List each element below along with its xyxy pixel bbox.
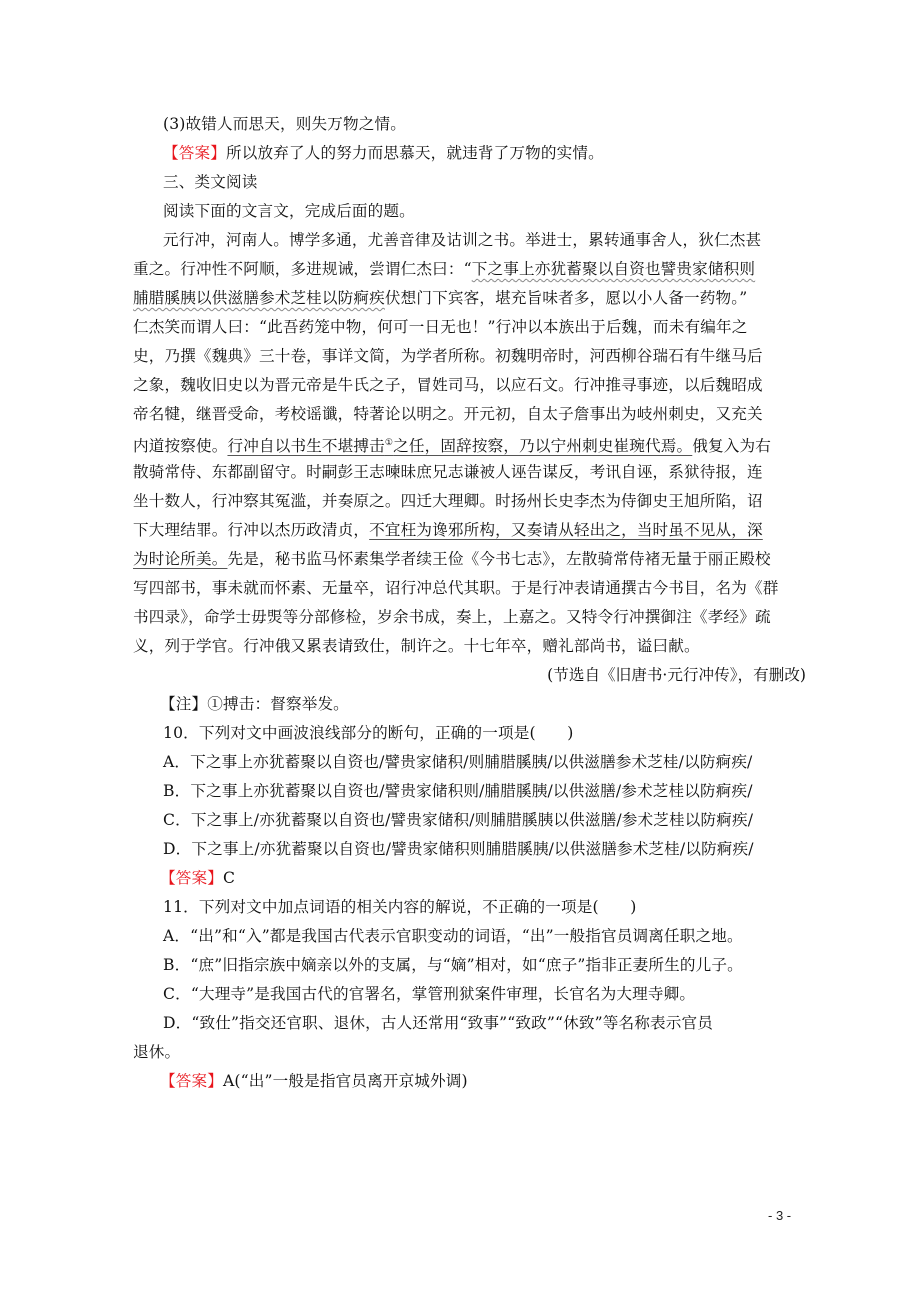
passage-line: 写四部书，事未就而怀素、无量卒，诏行冲总代其职。于是行冲表请通撰古今书目，名为《… <box>133 578 806 598</box>
q3-prompt: (3)故错人而思天，则失万物之情。 <box>163 114 806 134</box>
underlined-part: 行冲自以书生不堪搏击 <box>227 437 384 455</box>
q11-answer-text: A(“出”一般是指官员离开京城外调) <box>223 1072 468 1090</box>
q10-stem: 10．下列对文中画波浪线部分的断句，正确的一项是( ) <box>163 723 806 743</box>
passage-line: 脯腊膎胰以供滋膳参术芝桂以防痾疾伏想门下宾客，堪充旨味者多，愿以小人备一药物。” <box>133 288 806 308</box>
wavy-underlined-text: 下之事上亦犹蓄聚以自资也譬贵家储积则 <box>472 260 755 278</box>
q11-stem: 11．下列对文中加点词语的相关内容的解说，不正确的一项是( ) <box>163 897 806 917</box>
document-page: (3)故错人而思天，则失万物之情。 【答案】所以放弃了人的努力而思慕天，就违背了… <box>0 0 920 1302</box>
passage-text: 重之。行冲性不阿顺，多进规诫，尝谓仁杰曰：“ <box>133 260 472 278</box>
underlined-text: 为时论所美。 <box>133 550 227 568</box>
passage-line: 之象，魏收旧史以为晋元帝是牛氏之子，冒姓司马，以应石文。行冲推寻事迹，以后魏昭成 <box>133 375 806 395</box>
q3-prompt-text: (3)故错人而思天，则失万物之情。 <box>163 115 406 133</box>
q11-option-a: A．“出”和“入”都是我国古代表示官职变动的词语，“出”一般指官员调离任职之地。 <box>163 926 806 946</box>
passage-text: 内道按察使。 <box>133 437 227 455</box>
underlined-part: 之任，固辞按察，乃以宁州刺史崔琬代焉。 <box>393 437 692 455</box>
passage-line: 仁杰笑而谓人曰：“此吾药笼中物，何可一日无也！”行冲以本族出于后魏，而未有编年之 <box>133 317 806 337</box>
passage-line: 元行冲，河南人。博学多通，尤善音律及诂训之书。举进士，累转通事舍人，狄仁杰甚 <box>163 230 806 250</box>
page-number: - 3 - <box>768 1208 791 1223</box>
q11-answer: 【答案】A(“出”一般是指官员离开京城外调) <box>160 1071 833 1091</box>
q10-answer-text: C <box>223 869 235 887</box>
passage-text: 伏想门下宾客，堪充旨味者多，愿以小人备一药物。” <box>385 289 747 307</box>
underlined-text: 行冲自以书生不堪搏击①之任，固辞按察，乃以宁州刺史崔琬代焉。 <box>227 437 692 455</box>
q10-option-c: C．下之事上/亦犹蓄聚以自资也/譬贵家储积/则脯腊膎胰以供滋膳/参术芝桂以防痾疾… <box>163 810 806 830</box>
q3-answer: 【答案】所以放弃了人的努力而思慕天，就违背了万物的实情。 <box>163 143 806 163</box>
passage-line: 散骑常侍、东都副留守。时嗣彭王志暕昧庶兄志谦被人诬告谋反，考讯自诬，系狱待报，连 <box>133 462 806 482</box>
section-instruction: 阅读下面的文言文，完成后面的题。 <box>163 201 806 221</box>
q3-answer-text: 所以放弃了人的努力而思慕天，就违背了万物的实情。 <box>226 144 604 162</box>
q10-option-a: A．下之事上亦犹蓄聚以自资也/譬贵家储积/则脯腊膎胰/以供滋膳参术芝桂/以防痾疾… <box>163 752 806 772</box>
passage-line: 史，乃撰《魏典》三十卷，事详文简，为学者所称。初魏明帝时，河西柳谷瑞石有牛继马后 <box>133 346 806 366</box>
footnote-marker: ① <box>385 438 393 448</box>
underlined-text: 不宜枉为谗邪所构，又奏请从轻出之，当时虽不见从，深 <box>369 521 763 539</box>
passage-line: 内道按察使。行冲自以书生不堪搏击①之任，固辞按察，乃以宁州刺史崔琬代焉。俄复入为… <box>133 433 806 456</box>
passage-line: 坐十数人，行冲察其冤滥，并奏原之。四迁大理卿。时扬州长史李杰为侍御史王旭所陷，诏 <box>133 491 806 511</box>
q11-option-b: B．“庶”旧指宗族中嫡亲以外的支属，与“嫡”相对，如“庶子”指非正妻所生的儿子。 <box>163 955 806 975</box>
passage-line: 义，列于学官。行冲俄又累表请致仕，制许之。十七年卒，赠礼部尚书，谥曰献。 <box>133 636 806 656</box>
answer-tag: 【答案】 <box>160 1072 223 1090</box>
answer-tag: 【答案】 <box>163 144 226 162</box>
wavy-underlined-text: 脯腊膎胰以供滋膳参术芝桂以防痾疾 <box>133 289 385 307</box>
q10-option-b: B．下之事上亦犹蓄聚以自资也/譬贵家储积则/脯腊膎胰/以供滋膳/参术芝桂以防痾疾… <box>163 781 806 801</box>
q10-option-d: D．下之事上/亦犹蓄聚以自资也/譬贵家储积则脯腊膎胰/以供滋膳参术芝桂/以防痾疾… <box>163 839 806 859</box>
footnote: 【注】①搏击：督察举发。 <box>160 694 833 714</box>
q11-option-d: D．“致仕”指交还官职、退休，古人还常用“致事”“致政”“休致”等名称表示官员 <box>163 1013 806 1033</box>
passage-text: 俄复入为右 <box>692 437 771 455</box>
passage-text: 先是，秘书监马怀素集学者续王俭《今书七志》，左散骑常侍褚无量于丽正殿校 <box>227 550 770 568</box>
passage-line: 重之。行冲性不阿顺，多进规诫，尝谓仁杰曰：“下之事上亦犹蓄聚以自资也譬贵家储积则 <box>133 259 806 279</box>
passage-source: (节选自《旧唐书·元行冲传》，有删改) <box>547 665 806 685</box>
q11-option-d-continued: 退休。 <box>133 1042 806 1062</box>
q10-answer: 【答案】C <box>160 868 833 888</box>
passage-line: 为时论所美。先是，秘书监马怀素集学者续王俭《今书七志》，左散骑常侍褚无量于丽正殿… <box>133 549 806 569</box>
passage-line: 书四录》，命学士毋煚等分部修检，岁余书成，奏上，上嘉之。又特令行冲撰御注《孝经》… <box>133 607 806 627</box>
passage-line: 下大理结罪。行冲以杰历政清贞，不宜枉为谗邪所构，又奏请从轻出之，当时虽不见从，深 <box>133 520 806 540</box>
passage-line: 帝名犍，继晋受命，考校谣谶，特著论以明之。开元初，自太子詹事出为岐州刺史，又充关 <box>133 404 806 424</box>
section-title: 三、类文阅读 <box>163 172 806 192</box>
passage-text: 下大理结罪。行冲以杰历政清贞， <box>133 521 369 539</box>
answer-tag: 【答案】 <box>160 869 223 887</box>
q11-option-c: C．“大理寺”是我国古代的官署名，掌管刑狱案件审理，长官名为大理寺卿。 <box>163 984 806 1004</box>
